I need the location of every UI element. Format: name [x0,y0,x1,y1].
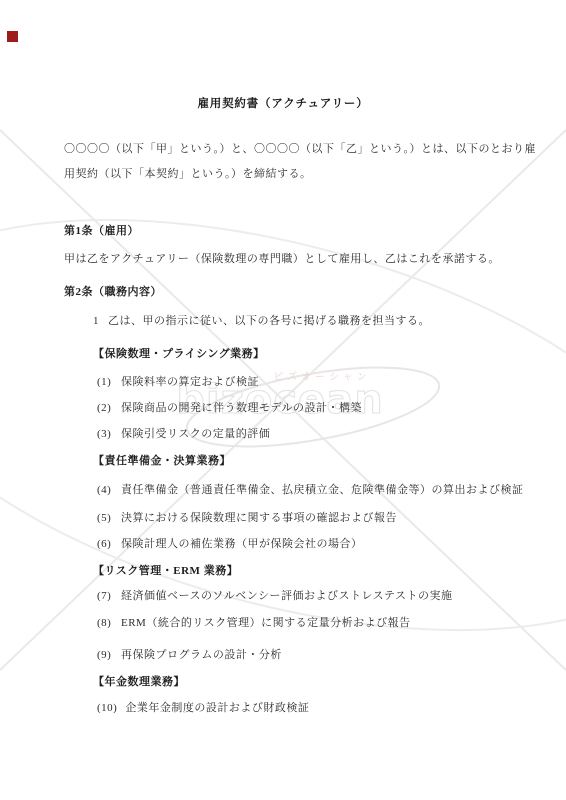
job-item: (10)企業年金制度の設計および財政検証 [97,701,309,715]
document-title: 雇用契約書（アクチュアリー） [0,97,566,111]
section-header: 【責任準備金・決算業務】 [93,454,231,468]
item-number: (1) [97,375,113,389]
item-number: (10) [97,701,117,715]
item-number: (2) [97,401,113,415]
item-text: 保険引受リスクの定量的評価 [121,428,270,440]
bizocean-watermark: ビズオーシャン bizocean [0,0,566,800]
item-number: (6) [97,537,113,551]
item-text: 責任準備金（普通責任準備金、払戻積立金、危険準備金等）の算出および検証 [121,484,524,496]
article2-clause1: 1乙は、甲の指示に従い、以下の各号に掲げる職務を担当する。 [93,314,430,328]
article1-heading: 第1条（雇用） [64,224,139,238]
item-number: (3) [97,427,113,441]
clause-text: 乙は、甲の指示に従い、以下の各号に掲げる職務を担当する。 [108,315,430,327]
job-item: (9)再保険プログラムの設計・分析 [97,648,282,662]
intro-paragraph-line2: 用契約（以下「本契約」という。）を締結する。 [64,167,312,181]
item-text: 決算における保険数理に関する事項の確認および報告 [121,512,397,524]
job-item: (8)ERM（統合的リスク管理）に関する定量分析および報告 [97,616,411,630]
item-text: ERM（統合的リスク管理）に関する定量分析および報告 [121,617,411,629]
job-item: (7)経済価値ベースのソルベンシー評価およびストレステストの実施 [97,589,452,603]
job-item: (5)決算における保険数理に関する事項の確認および報告 [97,511,397,525]
item-text: 保険料率の算定および検証 [121,376,259,388]
item-text: 保険商品の開発に伴う数理モデルの設計・構築 [121,402,362,414]
item-number: (8) [97,616,113,630]
item-number: (5) [97,511,113,525]
job-item: (6)保険計理人の補佐業務（甲が保険会社の場合） [97,537,363,551]
article2-heading: 第2条（職務内容） [64,285,162,299]
item-number: (4) [97,483,113,497]
section-header: 【年金数理業務】 [93,675,185,689]
item-number: (9) [97,648,113,662]
section-header: 【リスク管理・ERM 業務】 [93,564,238,578]
red-corner-marker [7,31,18,42]
section-header: 【保険数理・プライシング業務】 [93,347,265,361]
contract-document-page: ビズオーシャン bizocean 雇用契約書（アクチュアリー） 〇〇〇〇（以下「… [0,0,566,800]
item-text: 企業年金制度の設計および財政検証 [125,702,309,714]
clause-number: 1 [93,315,99,327]
job-item: (1)保険料率の算定および検証 [97,375,259,389]
article1-body: 甲は乙をアクチュアリー（保険数理の専門職）として雇用し、乙はこれを承諾する。 [64,252,500,266]
item-number: (7) [97,589,113,603]
intro-paragraph-line1: 〇〇〇〇（以下「甲」という。）と、〇〇〇〇（以下「乙」という。）とは、以下のとお… [64,142,536,156]
item-text: 保険計理人の補佐業務（甲が保険会社の場合） [121,538,363,550]
job-item: (3)保険引受リスクの定量的評価 [97,427,270,441]
job-item: (2)保険商品の開発に伴う数理モデルの設計・構築 [97,401,362,415]
job-item: (4)責任準備金（普通責任準備金、払戻積立金、危険準備金等）の算出および検証 [97,483,524,497]
item-text: 再保険プログラムの設計・分析 [121,649,282,661]
item-text: 経済価値ベースのソルベンシー評価およびストレステストの実施 [121,590,452,602]
